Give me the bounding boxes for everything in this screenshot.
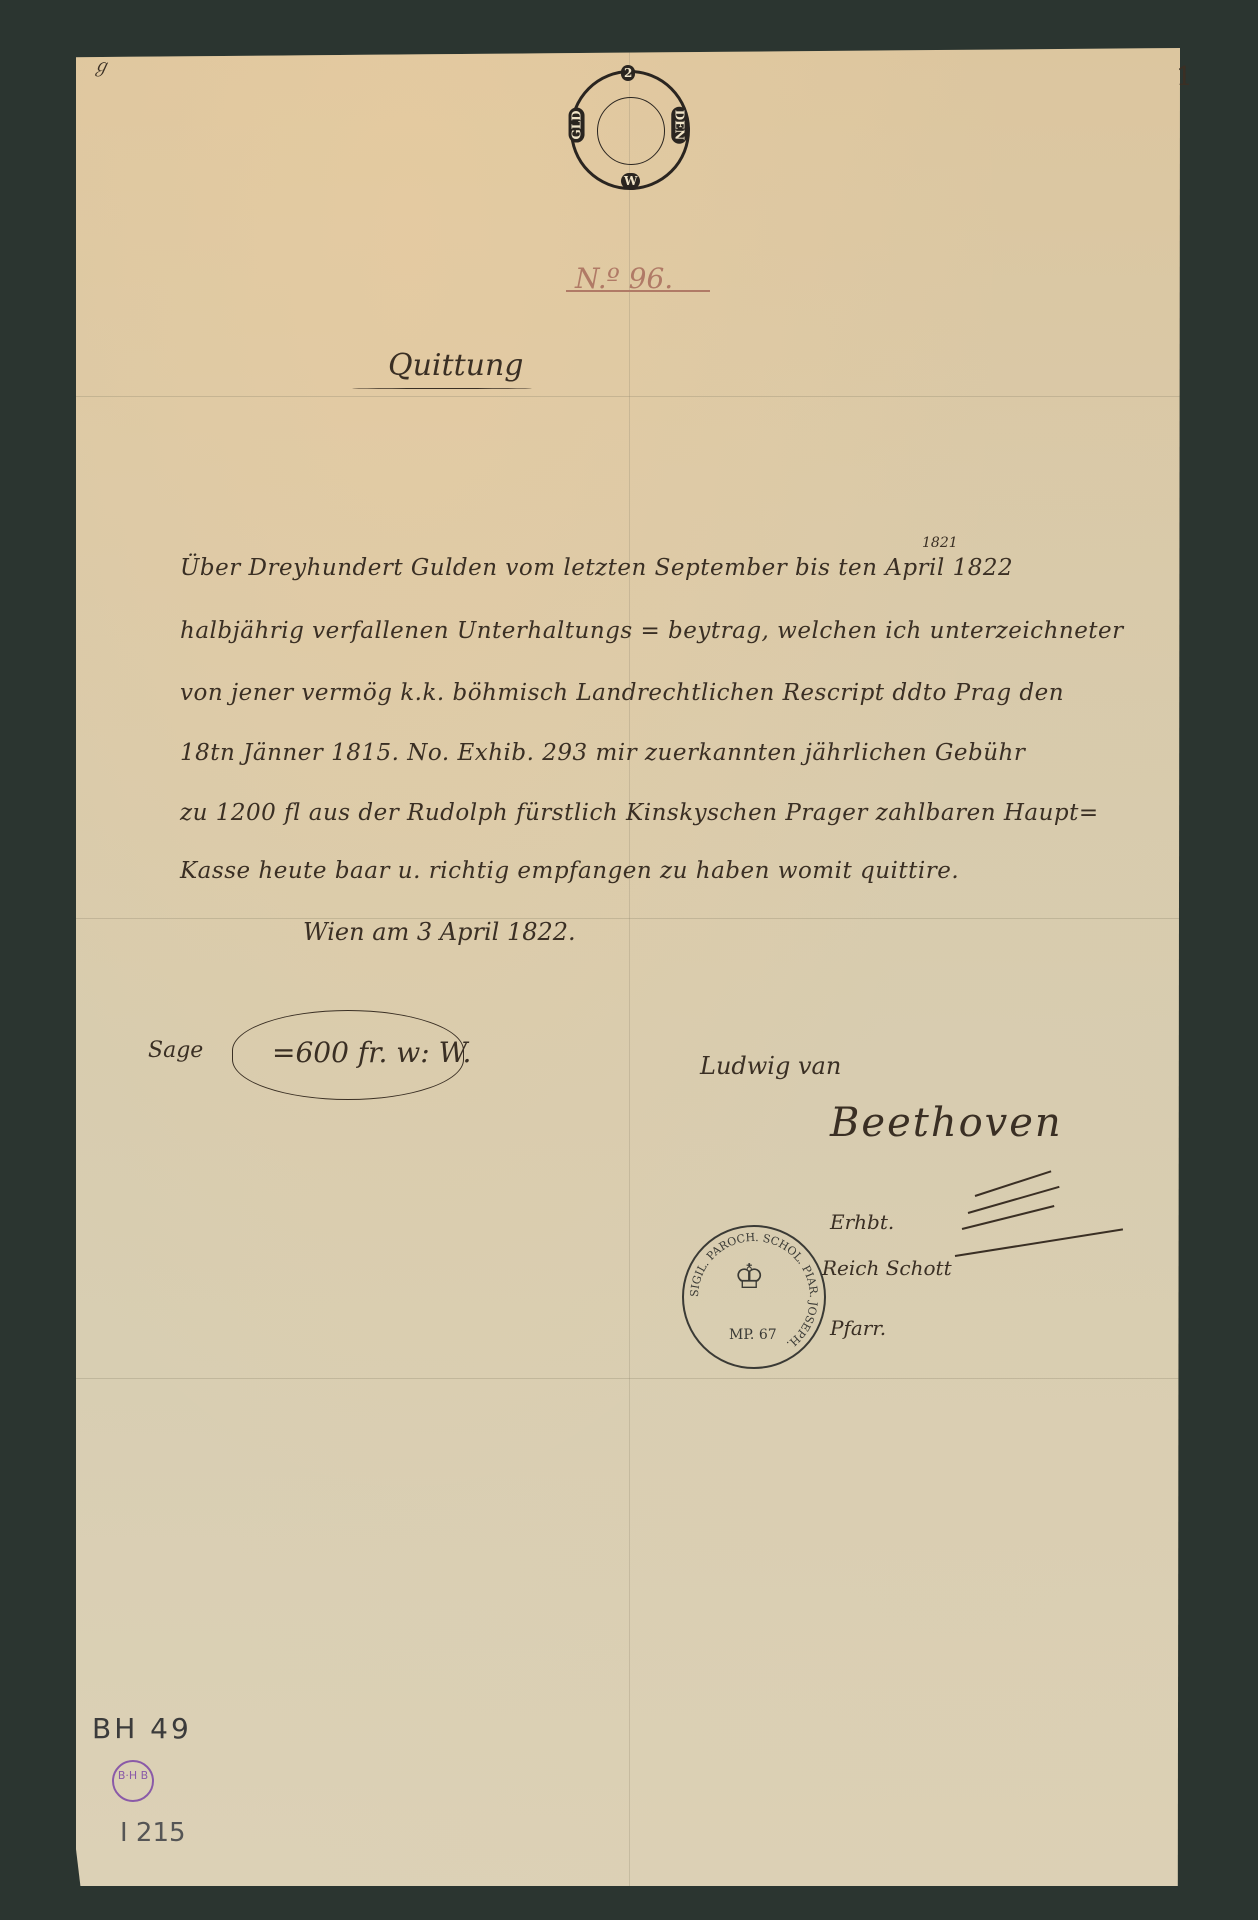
tax-stamp-bottom: W (621, 173, 640, 189)
seal-ring-text: SIGIL. PAROCH. SCHOL. PIAR. JOSEPH. (684, 1227, 824, 1367)
seal-center: MP. 67 (729, 1327, 777, 1343)
page-number: 1 (1176, 62, 1193, 92)
body-line: von jener vermög k.k. böhmisch Landrecht… (180, 680, 1064, 706)
witness-line: Erhbt. (830, 1210, 894, 1234)
tax-stamp-right: DEN (671, 107, 687, 144)
fold-line (76, 1378, 1180, 1379)
signature: Beethoven (830, 1100, 1063, 1146)
year-insertion: 1821 (922, 535, 958, 551)
witness-line: Reich Schott (822, 1256, 952, 1280)
archive-stamp: B·H B (112, 1760, 154, 1802)
tax-stamp-inner-ring (597, 97, 665, 165)
fold-line (76, 396, 1180, 397)
body-line: Über Dreyhundert Gulden vom letzten Sept… (180, 555, 1013, 581)
archive-shelfmark: BH 49 (92, 1712, 192, 1745)
title-underline (352, 388, 532, 389)
body-line: zu 1200 fl aus der Rudolph fürstlich Kin… (180, 800, 1099, 826)
body-line: Kasse heute baar u. richtig empfangen zu… (180, 858, 959, 884)
sum-value: =600 fr. w: W. (272, 1036, 471, 1069)
fold-line-vertical (629, 48, 630, 1886)
manuscript-page (76, 48, 1180, 1886)
corner-mark: ℊ (92, 52, 110, 78)
body-line: halbjährig verfallenen Unterhaltungs = b… (180, 618, 1124, 644)
fold-line (76, 918, 1180, 919)
crown-icon: ♔ (734, 1257, 764, 1297)
date-line: Wien am 3 April 1822. (303, 918, 576, 946)
tax-stamp: 2 GLD DEN W (570, 70, 690, 190)
number-mark-underline (566, 290, 710, 292)
sum-label: Sage (148, 1038, 203, 1063)
parish-seal: SIGIL. PAROCH. SCHOL. PIAR. JOSEPH. ♔ MP… (682, 1225, 826, 1369)
closing-text: Ludwig van (700, 1052, 841, 1080)
tax-stamp-left: GLD (569, 107, 585, 142)
tax-stamp-top: 2 (621, 65, 635, 81)
archive-inventory: I 215 (120, 1818, 186, 1848)
body-line: 18tn Jänner 1815. No. Exhib. 293 mir zue… (180, 740, 1025, 766)
witness-line: Pfarr. (830, 1316, 886, 1340)
document-title: Quittung (388, 348, 523, 383)
